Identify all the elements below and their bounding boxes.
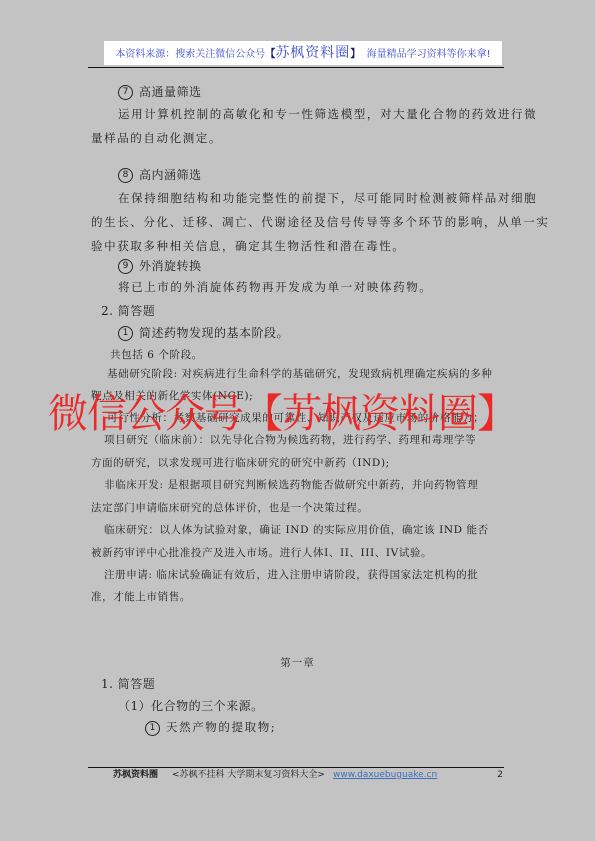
chapter-1-section-1-title: 1. 简答题	[101, 675, 155, 692]
stage-clinical-line-2: 被新药审评中心批准投产及进入市场。进行人体I、II、III、IV试验。	[91, 545, 432, 560]
chapter-1-question-1: （1）化合物的三个来源。	[118, 697, 264, 714]
header-divider	[88, 67, 504, 68]
section-2-title: 2. 简答题	[101, 302, 155, 319]
page-number: 2	[497, 768, 503, 782]
stage-registration-line-1: 注册申请: 临床试验确证有效后，进入注册申请阶段，获得国家法定机构的批	[104, 567, 478, 582]
page-footer: 苏枫资料圈<苏枫不挂科 大学期末复习资料大全>www.daxuebuguake.…	[113, 768, 503, 782]
question-1-heading: 1简述药物发现的基本阶段。	[118, 324, 289, 341]
question-1-intro: 共包括 6 个阶段。	[110, 347, 203, 362]
item-text: 天然产物的提取物;	[166, 720, 276, 734]
footer-link[interactable]: www.daxuebuguake.cn	[333, 770, 437, 780]
item-7-body-line-1: 运用计算机控制的高敏化和专一性筛选模型，对大量化合物的药效进行微	[118, 106, 537, 122]
stage-basic-line-1: 基础研究阶段: 对疾病进行生命科学的基础研究，发现致病机理确定疾病的多种	[107, 366, 492, 381]
item-8-heading: 8高内涵筛选	[118, 166, 202, 183]
item-8-body-line-2: 的生长、分化、迁移、凋亡、代谢途径及信号传导等多个环节的影响，从单一实	[91, 214, 550, 230]
item-8-body-line-3: 验中获取多种相关信息，确定其生物活性和潜在毒性。	[91, 238, 405, 254]
stage-basic-line-2: 靶点及相关的新化学实体(NCE);	[91, 388, 253, 403]
question-1-title: 简述药物发现的基本阶段。	[139, 326, 289, 340]
item-7-body-line-2: 量样品的自动化测定。	[91, 130, 222, 146]
stage-nonclinical-line-2: 法定部门申请临床研究的总体评价，也是一个决策过程。	[91, 500, 369, 515]
chapter-title: 第一章	[0, 655, 595, 670]
circled-number-icon: 9	[118, 259, 133, 274]
stage-project-line-2: 方面的研究，以求发现可进行临床研究的研究中新药（IND);	[91, 455, 390, 470]
circled-number-icon: 1	[145, 721, 160, 736]
item-9-title: 外消旋转换	[139, 259, 202, 273]
footer-brand: 苏枫资料圈	[113, 770, 158, 780]
banner-bracket-open: 【	[265, 49, 275, 60]
item-8-title: 高内涵筛选	[139, 168, 202, 182]
item-8-body-line-1: 在保持细胞结构和功能完整性的前提下，尽可能同时检测被筛样品对细胞	[118, 190, 537, 206]
circled-number-icon: 8	[118, 168, 133, 183]
item-9-body: 将已上市的外消旋体药物再开发成为单一对映体药物。	[118, 279, 432, 295]
item-7-title: 高通量筛选	[139, 85, 202, 99]
item-9-heading: 9外消旋转换	[118, 257, 202, 274]
circled-number-icon: 7	[118, 85, 133, 100]
footer-tagline: <苏枫不挂科 大学期末复习资料大全>	[172, 770, 325, 780]
banner-suffix: 海量精品学习资料等你来拿!	[367, 49, 491, 60]
stage-registration-line-2: 准，才能上市销售。	[91, 589, 191, 604]
banner-bracket-close: 】	[350, 49, 360, 60]
chapter-1-question-1-item-1: 1天然产物的提取物;	[145, 719, 276, 736]
banner-brand: 苏枫资料圈	[275, 45, 350, 61]
source-banner: 本资料来源：搜索关注微信公众号【苏枫资料圈】 海量精品学习资料等你来拿!	[104, 41, 502, 65]
stage-clinical-line-1: 临床研究：以人体为试验对象，确证 IND 的实际应用价值，确定该 IND 能否	[104, 522, 489, 537]
item-7-heading: 7高通量筛选	[118, 83, 202, 100]
stage-nonclinical-line-1: 非临床开发: 是根据项目研究判断候选药物能否做研究中新药，并向药物管理	[104, 477, 478, 492]
circled-number-icon: 1	[118, 326, 133, 341]
stage-project-line-1: 项目研究（临床前）：以先导化合物为候选药物，进行药学、药理和毒理学等	[104, 432, 476, 447]
banner-prefix: 本资料来源：搜索关注微信公众号	[115, 49, 265, 60]
stage-feasibility: 可行性分析：考察基础研究成果的可靠性、知识产权及适应市场的价格能力；	[107, 410, 484, 425]
